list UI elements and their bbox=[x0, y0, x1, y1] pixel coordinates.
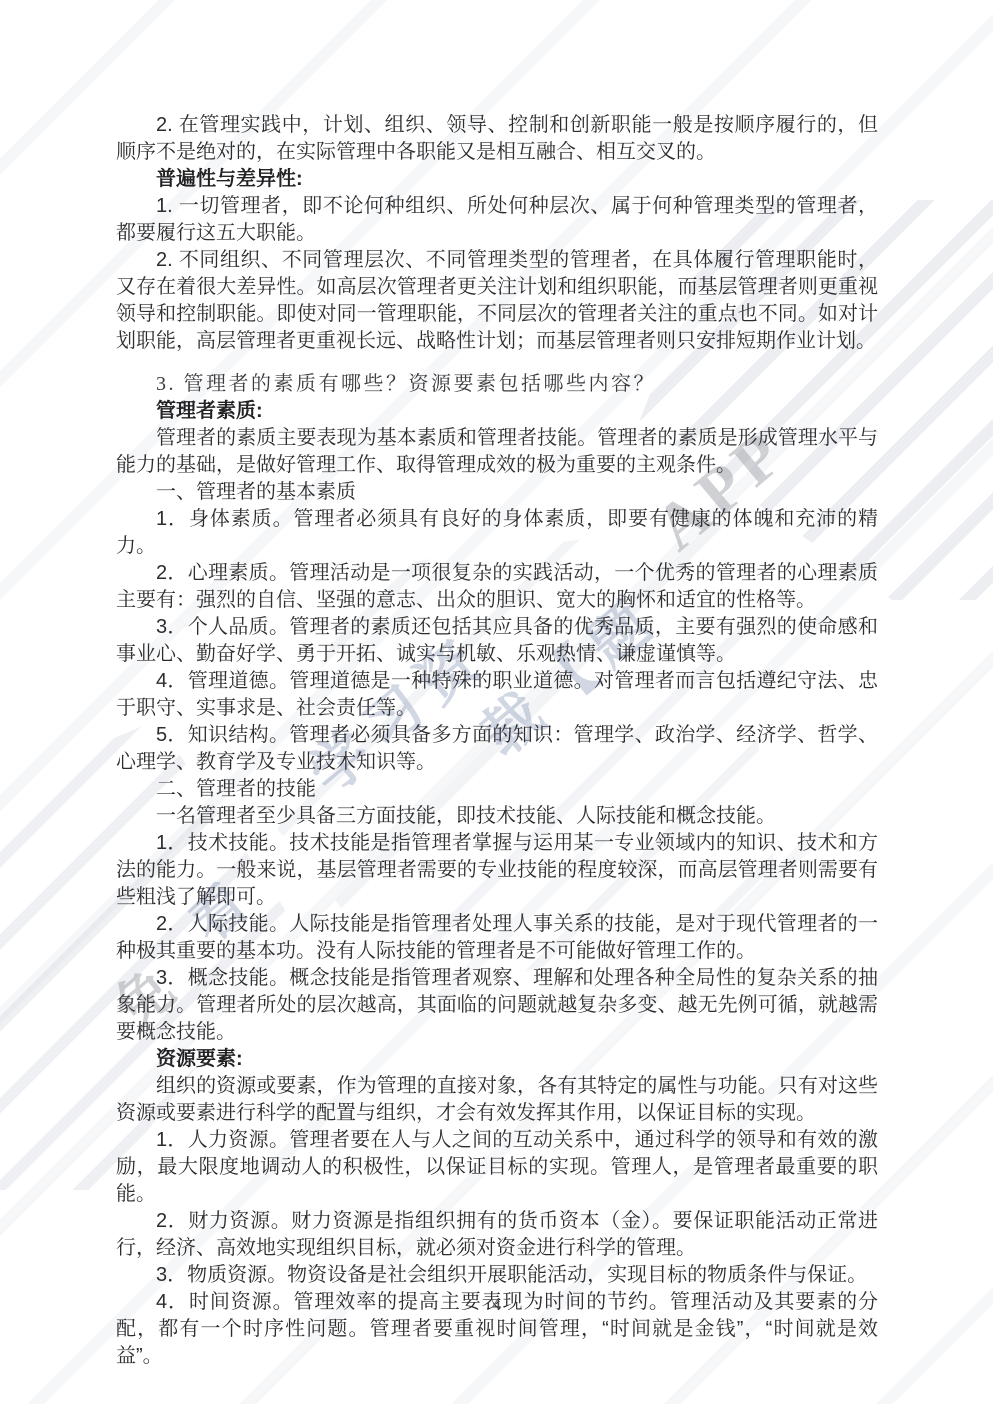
section-heading: 管理者素质: bbox=[116, 398, 878, 425]
paragraph: 2．心理素质。管理活动是一项很复杂的实践活动，一个优秀的管理者的心理素质主要有：… bbox=[116, 560, 878, 614]
document-body: 2. 在管理实践中，计划、组织、领导、控制和创新职能一般是按顺序履行的，但顺序不… bbox=[116, 112, 878, 1370]
paragraph: 2．财力资源。财力资源是指组织拥有的货币资本（金）。要保证职能活动正常进行，经济… bbox=[116, 1208, 878, 1262]
paragraph: 1．人力资源。管理者要在人与人之间的互动关系中，通过科学的领导和有效的激励，最大… bbox=[116, 1127, 878, 1208]
paragraph: 3．物质资源。物资设备是社会组织开展职能活动，实现目标的物质条件与保证。 bbox=[116, 1262, 878, 1289]
paragraph: 2．人际技能。人际技能是指管理者处理人事关系的技能，是对于现代管理者的一种极其重… bbox=[116, 911, 878, 965]
paragraph: 组织的资源或要素，作为管理的直接对象，各有其特定的属性与功能。只有对这些资源或要… bbox=[116, 1073, 878, 1127]
section-heading: 资源要素: bbox=[116, 1046, 878, 1073]
paragraph: 一名管理者至少具备三方面技能，即技术技能、人际技能和概念技能。 bbox=[116, 803, 878, 830]
paragraph: 1．身体素质。管理者必须具有良好的身体素质，即要有健康的体魄和充沛的精力。 bbox=[116, 506, 878, 560]
paragraph: 5．知识结构。管理者必须具备多方面的知识：管理学、政治学、经济学、哲学、心理学、… bbox=[116, 722, 878, 776]
paragraph: 2. 不同组织、不同管理层次、不同管理类型的管理者，在具体履行管理职能时，又存在… bbox=[116, 247, 878, 355]
paragraph: 3．个人品质。管理者的素质还包括其应具备的优秀品质，主要有强烈的使命感和事业心、… bbox=[116, 614, 878, 668]
section-heading: 普遍性与差异性: bbox=[116, 166, 878, 193]
paragraph: 2. 在管理实践中，计划、组织、领导、控制和创新职能一般是按顺序履行的，但顺序不… bbox=[116, 112, 878, 166]
sub-heading: 一、管理者的基本素质 bbox=[116, 479, 878, 506]
document-page: 学习资载【题看免APP 2. 在管理实践中，计划、组织、领导、控制和创新职能一般… bbox=[0, 0, 993, 1404]
paragraph: 管理者的素质主要表现为基本素质和管理者技能。管理者的素质是形成管理水平与能力的基… bbox=[116, 425, 878, 479]
paragraph: 3．概念技能。概念技能是指管理者观察、理解和处理各种全局性的复杂关系的抽象能力。… bbox=[116, 965, 878, 1046]
question-line: 3. 管理者的素质有哪些？资源要素包括哪些内容？ bbox=[116, 371, 878, 398]
sub-heading: 二、管理者的技能 bbox=[116, 776, 878, 803]
paragraph: 1．技术技能。技术技能是指管理者掌握与运用某一专业领域内的知识、技术和方法的能力… bbox=[116, 830, 878, 911]
paragraph: 1. 一切管理者，即不论何种组织、所处何种层次、属于何种管理类型的管理者，都要履… bbox=[116, 193, 878, 247]
paragraph: 4．管理道德。管理道德是一种特殊的职业道德。对管理者而言包括遵纪守法、忠于职守、… bbox=[116, 668, 878, 722]
page-number: 4 bbox=[0, 1294, 993, 1315]
